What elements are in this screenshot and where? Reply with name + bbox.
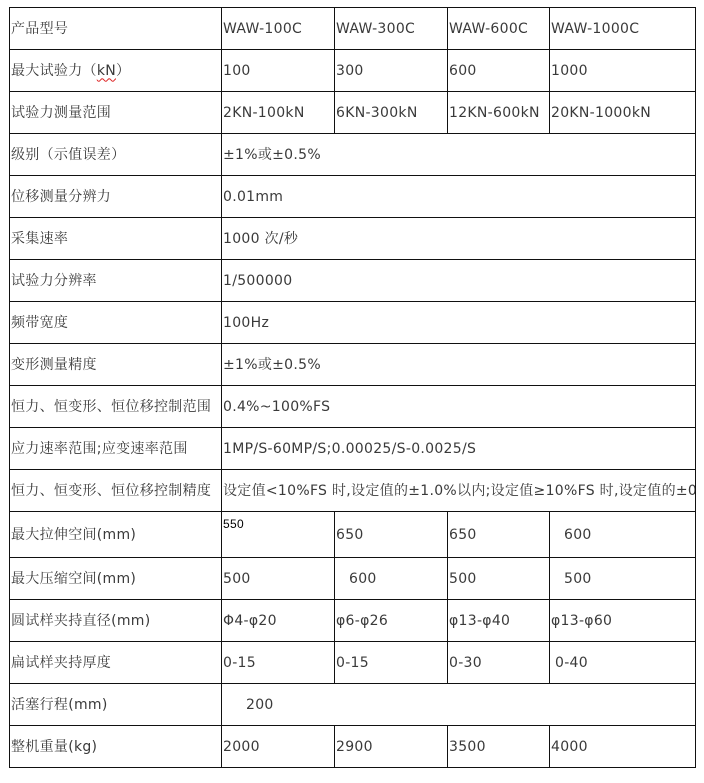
value-cell: 1000 次/秒 [222, 218, 696, 260]
value-cell: 4000 [550, 726, 696, 768]
row-label: 产品型号 [10, 8, 222, 50]
table-row-bandwidth: 频带宽度 100Hz [10, 302, 696, 344]
table-row-deformation-accuracy: 变形测量精度 ±1%或±0.5% [10, 344, 696, 386]
table-row-displacement-resolution: 位移测量分辨力 0.01mm [10, 176, 696, 218]
table-row-round-specimen-diameter: 圆试样夹持直径(mm) Φ4-φ20 φ6-φ26 φ13-φ40 φ13-φ6… [10, 600, 696, 642]
table-row-force-range: 试验力测量范围 2KN-100kN 6KN-300kN 12KN-600kN 2… [10, 92, 696, 134]
row-label: 最大试验力（kN） [10, 50, 222, 92]
value-cell: 650 [335, 512, 448, 558]
row-label: 变形测量精度 [10, 344, 222, 386]
model-cell: WAW-600C [448, 8, 550, 50]
table-row-max-compression-space: 最大压缩空间(mm) 500 600 500 500 [10, 558, 696, 600]
row-label: 位移测量分辨力 [10, 176, 222, 218]
row-label: 级别（示值误差） [10, 134, 222, 176]
table-row-force-resolution: 试验力分辨率 1/500000 [10, 260, 696, 302]
table-row-machine-weight: 整机重量(kg) 2000 2900 3500 4000 [10, 726, 696, 768]
value-cell: 600 [550, 512, 696, 558]
model-cell: WAW-1000C [550, 8, 696, 50]
value-cell: 550 [222, 512, 335, 558]
value-cell: φ6-φ26 [335, 600, 448, 642]
value-cell: Φ4-φ20 [222, 600, 335, 642]
value-cell: 12KN-600kN [448, 92, 550, 134]
table-row-flat-specimen-thickness: 扁试样夹持厚度 0-15 0-15 0-30 0-40 [10, 642, 696, 684]
value-cell: 100Hz [222, 302, 696, 344]
row-label: 圆试样夹持直径(mm) [10, 600, 222, 642]
table-row-rate-range: 应力速率范围;应变速率范围 1MP/S-60MP/S;0.00025/S-0.0… [10, 428, 696, 470]
table-row-control-range: 恒力、恒变形、恒位移控制范围 0.4%~100%FS [10, 386, 696, 428]
value-cell: 500 [550, 558, 696, 600]
row-label: 频带宽度 [10, 302, 222, 344]
table-row-sampling-rate: 采集速率 1000 次/秒 [10, 218, 696, 260]
table-row-max-tensile-space: 最大拉伸空间(mm) 550 650 650 600 [10, 512, 696, 558]
value-cell: φ13-φ60 [550, 600, 696, 642]
spec-table: 产品型号 WAW-100C WAW-300C WAW-600C WAW-1000… [9, 7, 696, 768]
value-cell: 0.4%~100%FS [222, 386, 696, 428]
row-label: 试验力分辨率 [10, 260, 222, 302]
value-cell: 1/500000 [222, 260, 696, 302]
row-label: 最大拉伸空间(mm) [10, 512, 222, 558]
value-cell: 200 [222, 684, 696, 726]
row-label: 试验力测量范围 [10, 92, 222, 134]
value-cell: 0-15 [335, 642, 448, 684]
value-cell: 500 [222, 558, 335, 600]
value-cell: 100 [222, 50, 335, 92]
value-cell: 2KN-100kN [222, 92, 335, 134]
table-row-header: 产品型号 WAW-100C WAW-300C WAW-600C WAW-1000… [10, 8, 696, 50]
spellcheck-word: kN [97, 63, 116, 79]
row-label: 应力速率范围;应变速率范围 [10, 428, 222, 470]
value-cell: ±1%或±0.5% [222, 344, 696, 386]
value-cell: 0-30 [448, 642, 550, 684]
value-cell: φ13-φ40 [448, 600, 550, 642]
row-label: 最大压缩空间(mm) [10, 558, 222, 600]
row-label: 恒力、恒变形、恒位移控制精度 [10, 470, 222, 512]
value-cell: 600 [335, 558, 448, 600]
value-cell: 2000 [222, 726, 335, 768]
model-cell: WAW-100C [222, 8, 335, 50]
value-cell: 0.01mm [222, 176, 696, 218]
value-cell: 600 [448, 50, 550, 92]
table-row-accuracy-class: 级别（示值误差） ±1%或±0.5% [10, 134, 696, 176]
value-cell: 1MP/S-60MP/S;0.00025/S-0.0025/S [222, 428, 696, 470]
value-cell: 设定值<10%FS 时,设定值的±1.0%以内;设定值≥10%FS 时,设定值的… [222, 470, 696, 512]
row-label: 活塞行程(mm) [10, 684, 222, 726]
row-label: 恒力、恒变形、恒位移控制范围 [10, 386, 222, 428]
label-suffix: ） [116, 63, 130, 79]
value-cell: 20KN-1000kN [550, 92, 696, 134]
label-prefix: 最大试验力（ [11, 63, 97, 79]
value-cell: ±1%或±0.5% [222, 134, 696, 176]
model-cell: WAW-300C [335, 8, 448, 50]
value-cell: 0-15 [222, 642, 335, 684]
value-cell: 500 [448, 558, 550, 600]
value-cell: 0-40 [550, 642, 696, 684]
row-label: 采集速率 [10, 218, 222, 260]
value-cell: 2900 [335, 726, 448, 768]
row-label: 整机重量(kg) [10, 726, 222, 768]
row-label: 扁试样夹持厚度 [10, 642, 222, 684]
table-row-max-test-force: 最大试验力（kN） 100 300 600 1000 [10, 50, 696, 92]
value-cell: 650 [448, 512, 550, 558]
value-cell: 300 [335, 50, 448, 92]
value-cell: 3500 [448, 726, 550, 768]
value-cell: 1000 [550, 50, 696, 92]
value-cell: 6KN-300kN [335, 92, 448, 134]
table-row-piston-stroke: 活塞行程(mm) 200 [10, 684, 696, 726]
table-row-control-accuracy: 恒力、恒变形、恒位移控制精度 设定值<10%FS 时,设定值的±1.0%以内;设… [10, 470, 696, 512]
